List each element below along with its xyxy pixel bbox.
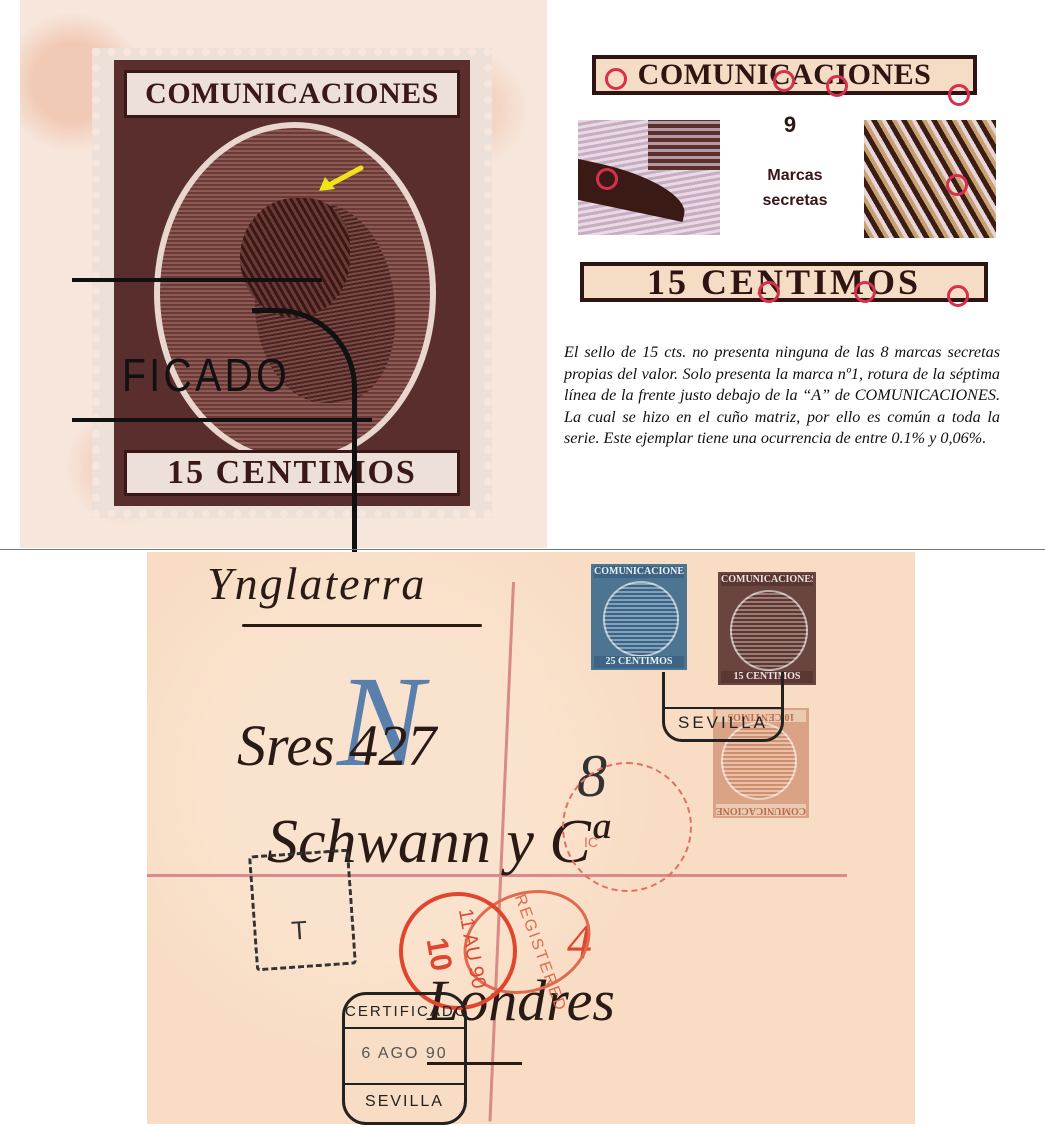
mark-circle xyxy=(596,168,618,190)
stamp-bottom-label: 25 CENTIMOS xyxy=(594,656,684,668)
registered-envelope: Ynglaterra N Sres 427 Schwann y Cª Londr… xyxy=(147,552,915,1124)
secret-marks-label: Marcas secretas xyxy=(740,163,850,213)
certificado-title: CERTIFICADO xyxy=(345,1003,464,1020)
portrait-oval xyxy=(730,590,808,671)
enlarged-stamp-photo: COMUNICACIONES 15 CENTIMOS FICADO xyxy=(20,0,547,548)
section-divider xyxy=(0,549,1045,550)
mark-circle xyxy=(947,285,969,307)
mark-circle xyxy=(605,68,627,90)
faint-red-postmark: IC xyxy=(562,762,692,892)
mark-circle xyxy=(946,174,968,196)
stamp-body: COMUNICACIONES 15 CENTIMOS xyxy=(718,572,816,685)
address-line-1: Sres 427 xyxy=(237,712,436,779)
mark-circle xyxy=(758,281,780,303)
mark-circle xyxy=(948,84,970,106)
postmark-city: SEVILLA xyxy=(665,713,781,733)
sevilla-postmark: SEVILLA xyxy=(662,672,784,742)
detail-lines xyxy=(648,120,720,170)
secret-marks-bottom-band: 15 CENTIMOS xyxy=(580,262,988,302)
stamp-15-centimos-enlarged: COMUNICACIONES 15 CENTIMOS FICADO xyxy=(92,48,492,518)
stamp-top-label: COMUNICACIONES xyxy=(721,574,813,586)
certificado-postmark: CERTIFICADO 6 AGO 90 SEVILLA xyxy=(342,992,467,1125)
yellow-arrow-icon xyxy=(315,165,365,195)
description-note: El sello de 15 cts. no presenta ninguna … xyxy=(564,342,1000,450)
country-underline xyxy=(242,624,482,627)
mark-circle xyxy=(826,75,848,97)
postmark-divider xyxy=(665,707,781,709)
stamp-top-label: COMUNICACIONES xyxy=(594,566,684,578)
mark-circle xyxy=(773,70,795,92)
address-country: Ynglaterra xyxy=(207,557,426,610)
faint-postmark-text: IC xyxy=(584,834,598,850)
label-line2: secretas xyxy=(740,188,850,213)
stamp-body: COMUNICACIONES 25 CENTIMOS xyxy=(591,564,687,670)
stamp-25-centimos: COMUNICACIONES 25 CENTIMOS xyxy=(585,558,693,676)
cancel-frame-arc xyxy=(252,308,357,563)
certificado-city: SEVILLA xyxy=(345,1093,464,1111)
t-box-mark: T xyxy=(248,849,357,972)
registered-text: REGISTERED xyxy=(510,892,559,986)
band-bottom-text: 15 CENTIMOS xyxy=(647,261,921,303)
cancel-text: FICADO xyxy=(122,348,290,402)
postmark-divider xyxy=(345,1083,464,1085)
label-line1: Marcas xyxy=(740,163,850,188)
box-mark-letter: T xyxy=(290,915,308,947)
postmark-divider xyxy=(345,1027,464,1029)
mark-circle xyxy=(854,281,876,303)
secret-marks-count: 9 xyxy=(760,112,820,138)
portrait-oval xyxy=(603,581,680,657)
certificado-date: 6 AGO 90 xyxy=(345,1045,464,1063)
stamp-top-label: COMUNICACIONES xyxy=(716,804,806,816)
cancel-line xyxy=(72,278,322,282)
secret-mark-detail-right xyxy=(864,120,996,238)
